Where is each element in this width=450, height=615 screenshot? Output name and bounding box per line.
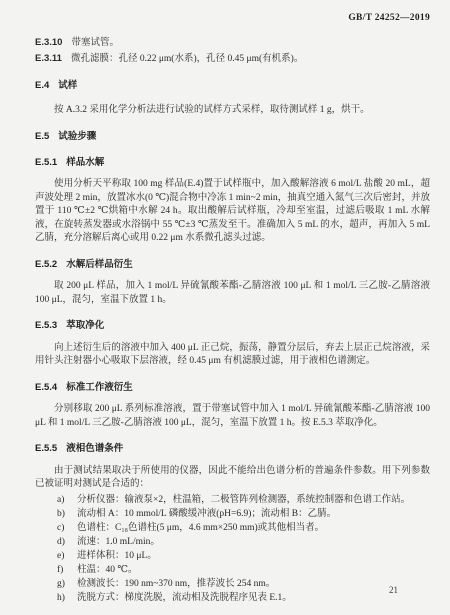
heading-e5-4: E.5.4标准工作液衍生	[35, 381, 430, 395]
list-item-b: b) 流动相 A：10 mmol/L 磷酸缓冲液(pH=6.9)；流动相 B：乙…	[57, 508, 430, 522]
list-item-g: g) 检测波长：190 nm~370 nm，推荐波长 254 nm。	[57, 578, 430, 592]
heading-number: E.5.2	[35, 259, 57, 270]
document-page: GB/T 24252—2019 E.3.10带塞试管。 E.3.11微孔滤膜：孔…	[0, 0, 450, 615]
condition-list: a) 分析仪器：输液泵×2，柱温箱，二极管阵列检测器，系统控制器和色谱工作站。 …	[35, 494, 430, 606]
list-item-text: 检测波长：190 nm~370 nm，推荐波长 254 nm。	[77, 578, 430, 592]
list-item-a: a) 分析仪器：输液泵×2，柱温箱，二极管阵列检测器，系统控制器和色谱工作站。	[57, 494, 430, 508]
page-content: E.3.10带塞试管。 E.3.11微孔滤膜：孔径 0.22 μm(水系)，孔径…	[35, 36, 430, 606]
list-item-text: 分析仪器：输液泵×2，柱温箱，二极管阵列检测器，系统控制器和色谱工作站。	[77, 494, 430, 508]
list-item-text: 色谱柱：C₁₈色谱柱(5 μm，4.6 mm×250 mm)或其他相当者。	[77, 522, 430, 536]
heading-title: 水解后样品衍生	[66, 259, 133, 270]
list-item-label: a)	[57, 494, 72, 508]
list-item-label: h)	[57, 592, 72, 606]
list-item-label: e)	[57, 550, 72, 564]
heading-number: E.5	[35, 131, 49, 142]
clause-e3-11: E.3.11微孔滤膜：孔径 0.22 μm(水系)，孔径 0.45 μm(有机系…	[35, 52, 430, 67]
paragraph-e5-5: 由于测试结果取决于所使用的仪器，因此不能给出色谱分析的普遍条件参数。用下列参数已…	[35, 465, 430, 492]
list-item-text: 进样体积：10 μL。	[77, 550, 430, 564]
clause-text: 带塞试管。	[71, 38, 119, 48]
list-item-label: b)	[57, 508, 72, 522]
list-item-text: 流动相 A：10 mmol/L 磷酸缓冲液(pH=6.9)；流动相 B：乙腈。	[77, 508, 430, 522]
list-item-e: e) 进样体积：10 μL。	[57, 550, 430, 564]
list-item-c: c) 色谱柱：C₁₈色谱柱(5 μm，4.6 mm×250 mm)或其他相当者。	[57, 522, 430, 536]
list-item-h: h) 洗脱方式：梯度洗脱，流动相及洗脱程序见表 E.1。	[57, 592, 430, 606]
list-item-d: d) 流速：1.0 mL/min。	[57, 536, 430, 550]
clause-e3-10: E.3.10带塞试管。	[35, 36, 430, 51]
heading-number: E.5.3	[35, 320, 57, 331]
heading-title: 样品水解	[66, 157, 104, 168]
heading-title: 标准工作液衍生	[66, 382, 133, 393]
list-item-f: f) 柱温：40 ℃。	[57, 564, 430, 578]
list-item-text: 洗脱方式：梯度洗脱，流动相及洗脱程序见表 E.1。	[77, 592, 430, 606]
heading-e5: E.5试验步骤	[35, 130, 430, 144]
paragraph-e5-1: 使用分析天平称取 100 mg 样品(E.4)置于试样瓶中，加入酸解溶液 6 m…	[35, 178, 430, 246]
heading-title: 试样	[58, 80, 77, 91]
heading-e5-3: E.5.3萃取净化	[35, 319, 430, 333]
paragraph-e4: 按 A.3.2 采用化学分析法进行试验的试样方式采样，取待测试样 1 g，烘干。	[35, 104, 430, 118]
clause-text: 微孔滤膜：孔径 0.22 μm(水系)，孔径 0.45 μm(有机系)。	[71, 54, 303, 64]
clause-number: E.3.10	[35, 37, 62, 48]
clause-number: E.3.11	[35, 53, 62, 64]
paragraph-e5-4: 分别移取 200 μL 系列标准溶液，置于带塞试管中加入 1 mol/L 异硫氰…	[35, 403, 430, 430]
heading-e5-2: E.5.2水解后样品衍生	[35, 258, 430, 272]
paragraph-e5-2: 取 200 μL 样品，加入 1 mol/L 异硫氰酸苯酯-乙腈溶液 100 μ…	[35, 280, 430, 307]
heading-number: E.5.4	[35, 382, 57, 393]
list-item-text: 流速：1.0 mL/min。	[77, 536, 430, 550]
standard-number: GB/T 24252—2019	[348, 12, 430, 26]
page-number: 21	[389, 584, 398, 598]
list-item-text: 柱温：40 ℃。	[77, 564, 430, 578]
list-item-label: f)	[57, 564, 72, 578]
heading-e5-1: E.5.1样品水解	[35, 156, 430, 170]
heading-title: 试验步骤	[58, 131, 96, 142]
heading-number: E.5.1	[35, 157, 57, 168]
heading-number: E.4	[35, 80, 49, 91]
paragraph-e5-3: 向上述衍生后的溶液中加入 400 μL 正己烷，振荡，静置分层后，弃去上层正己烷…	[35, 342, 430, 369]
heading-e5-5: E.5.5液相色谱条件	[35, 442, 430, 456]
list-item-label: d)	[57, 536, 72, 550]
heading-number: E.5.5	[35, 443, 57, 454]
heading-e4: E.4试样	[35, 79, 430, 93]
list-item-label: g)	[57, 578, 72, 592]
heading-title: 液相色谱条件	[66, 443, 123, 454]
list-item-label: c)	[57, 522, 72, 536]
heading-title: 萃取净化	[66, 320, 104, 331]
